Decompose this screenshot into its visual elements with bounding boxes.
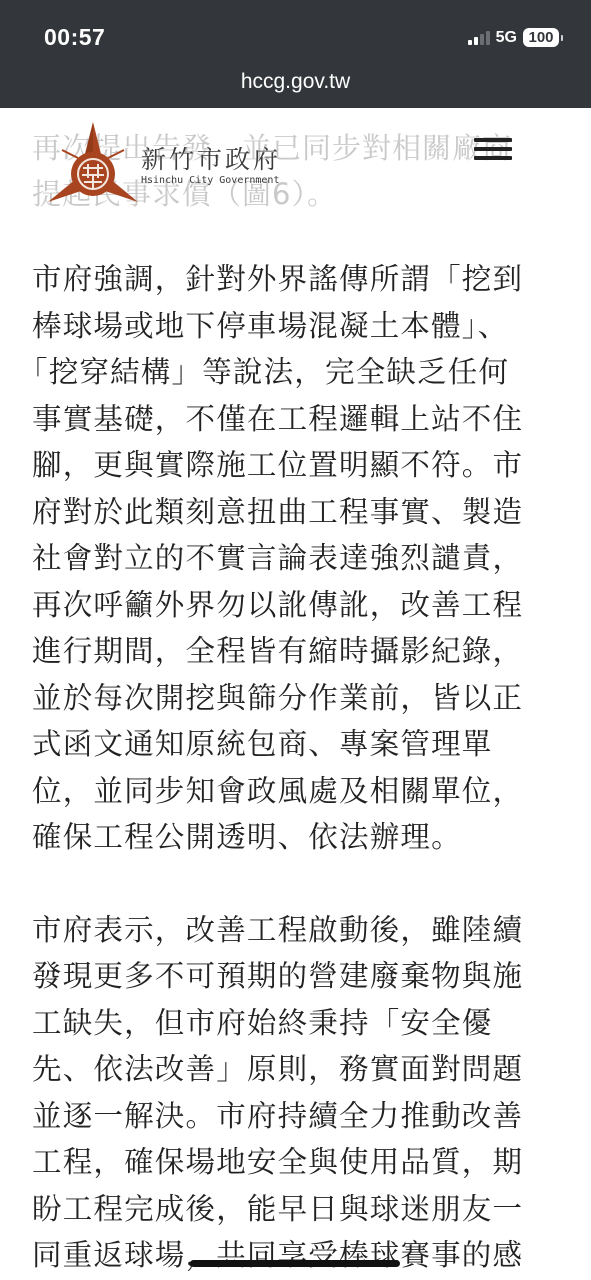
- article-paragraph: 市府強調，針對外界謠傳所謂「挖到 棒球場或地下停車場混凝土本體」、 「挖穿結構」…: [32, 256, 552, 861]
- hamburger-menu-button[interactable]: [474, 138, 514, 166]
- text-line: 確保工程公開透明、依法辦理。: [32, 814, 552, 861]
- article-paragraph: 市府表示，改善工程啟動後，雖陸續 發現更多不可預期的營建廢棄物與施 工缺失，但市…: [32, 907, 552, 1279]
- hsinchu-city-logo-icon[interactable]: [46, 120, 140, 204]
- battery-nub: [561, 35, 563, 41]
- hamburger-icon-bar: [474, 147, 512, 151]
- text-line: 並於每次開挖與篩分作業前，皆以正: [32, 675, 552, 722]
- site-header: 再次提出告發，並已同步對相關廠商 提起民事求償（圖6）。 新竹市政府 Hsinc…: [0, 108, 591, 218]
- home-indicator[interactable]: [190, 1260, 400, 1267]
- text-line: 市府強調，針對外界謠傳所謂「挖到: [32, 256, 552, 303]
- text-line: 工缺失，但市府始終秉持「安全優: [32, 1000, 552, 1047]
- browser-url-bar[interactable]: hccg.gov.tw: [0, 70, 591, 94]
- text-line: 發現更多不可預期的營建廢棄物與施: [32, 953, 552, 1000]
- network-type: 5G: [496, 29, 517, 47]
- text-line: 工程，確保場地安全與使用品質，期: [32, 1139, 552, 1186]
- text-line: 位，並同步知會政風處及相關單位，: [32, 768, 552, 815]
- logo-name-en: Hsinchu City Government: [141, 175, 281, 186]
- text-line: 「挖穿結構」等說法，完全缺乏任何: [18, 349, 552, 396]
- text-line: 盼工程完成後，能早日與球迷朋友一: [32, 1186, 552, 1233]
- status-time: 00:57: [44, 24, 105, 51]
- text-line: 同重返球場，共同享受棒球賽事的感: [32, 1232, 552, 1279]
- article-body: 市府強調，針對外界謠傳所謂「挖到 棒球場或地下停車場混凝土本體」、 「挖穿結構」…: [32, 256, 552, 1279]
- hamburger-icon-bar: [474, 156, 512, 160]
- text-line: 棒球場或地下停車場混凝土本體」、: [32, 303, 552, 350]
- site-logo-text[interactable]: 新竹市政府 Hsinchu City Government: [141, 146, 281, 186]
- text-line: 府對於此類刻意扭曲工程事實、製造: [32, 489, 552, 536]
- text-line: 式函文通知原統包商、專案管理單: [32, 721, 552, 768]
- battery-icon: 100: [523, 28, 559, 47]
- status-bar: 00:57 5G 100 hccg.gov.tw: [0, 0, 591, 108]
- text-line: 腳，更與實際施工位置明顯不符。市: [32, 442, 552, 489]
- status-indicators: 5G 100: [468, 28, 563, 47]
- hamburger-icon-bar: [474, 138, 512, 142]
- text-line: 進行期間，全程皆有縮時攝影紀錄，: [32, 628, 552, 675]
- text-line: 再次呼籲外界勿以訛傳訛，改善工程: [32, 582, 552, 629]
- cellular-signal-icon: [468, 31, 490, 45]
- text-line: 社會對立的不實言論表達強烈譴責，: [32, 535, 552, 582]
- text-line: 市府表示，改善工程啟動後，雖陸續: [32, 907, 552, 954]
- text-line: 並逐一解決。市府持續全力推動改善: [32, 1093, 552, 1140]
- text-line: 事實基礎，不僅在工程邏輯上站不住: [32, 396, 552, 443]
- logo-name-zh: 新竹市政府: [141, 146, 281, 174]
- text-line: 先、依法改善」原則，務實面對問題: [32, 1046, 552, 1093]
